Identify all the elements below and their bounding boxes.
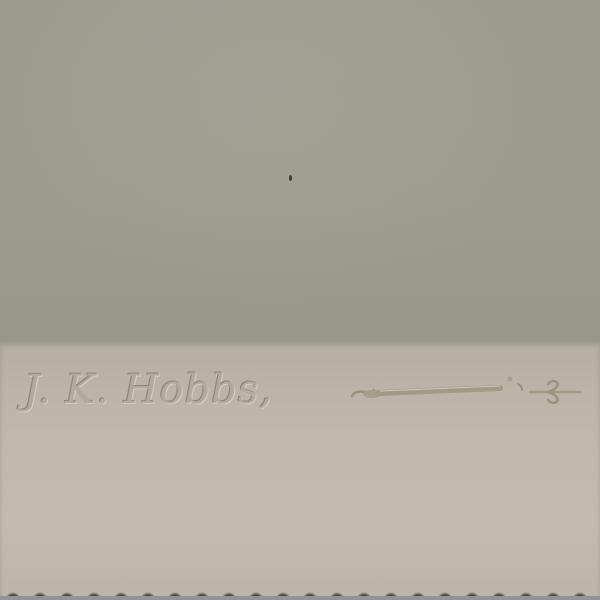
- photograph-area: [0, 0, 600, 342]
- pen-flourish-icon: [340, 362, 590, 422]
- background-strip: [0, 596, 600, 600]
- card-mount: J. K. Hobbs,: [0, 342, 600, 600]
- photographer-imprint: J. K. Hobbs,: [24, 370, 273, 410]
- dust-speck: [289, 175, 292, 181]
- photographer-name: J. K. Hobbs,: [24, 370, 273, 410]
- cabinet-card-photo: J. K. Hobbs,: [0, 0, 600, 600]
